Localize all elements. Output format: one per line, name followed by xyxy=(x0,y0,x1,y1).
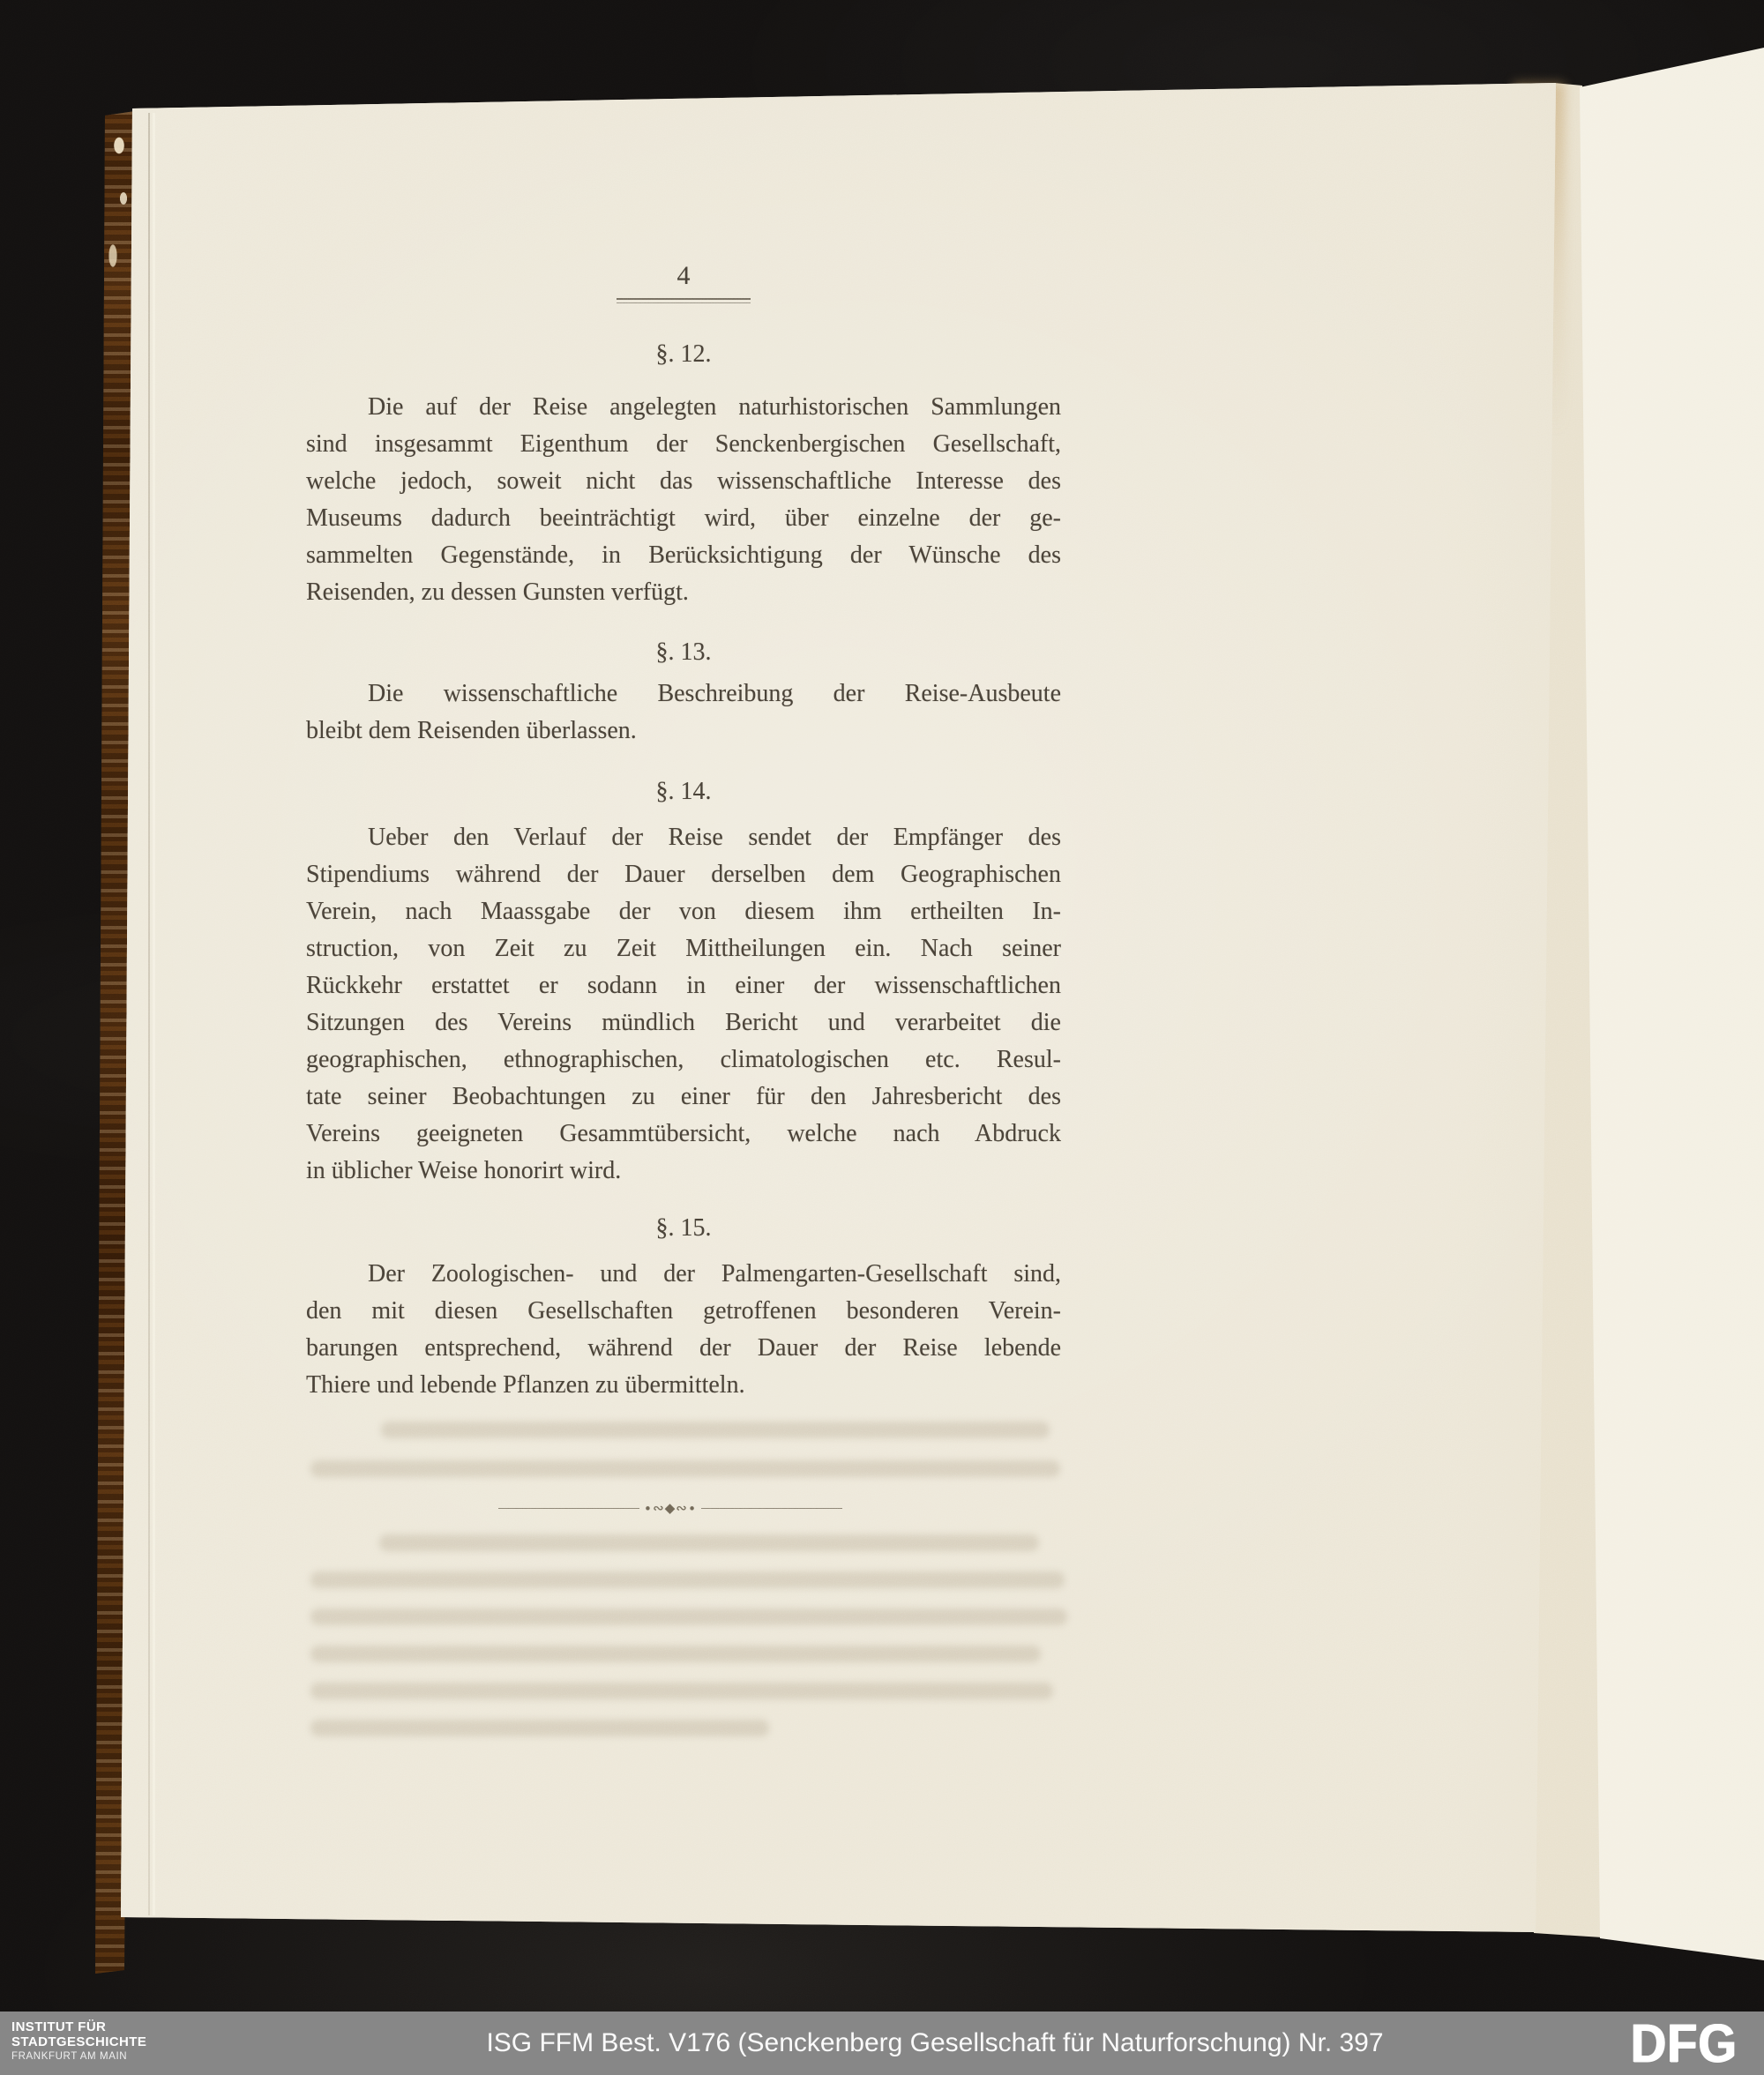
text-line: den mit diesen Gesellschaften getroffene… xyxy=(306,1293,1061,1330)
text-line: Stipendiums während der Dauer derselben … xyxy=(306,856,1061,893)
page-number-rule xyxy=(617,298,751,300)
section-heading: §. 14. xyxy=(306,773,1061,810)
text-line: Verein, nach Maassgabe der von diesem ih… xyxy=(306,893,1061,930)
text-line: struction, von Zeit zu Zeit Mittheilunge… xyxy=(306,930,1061,967)
text-line: tate seiner Beobachtungen zu einer für d… xyxy=(306,1079,1061,1116)
text-line: sind insgesammt Eigenthum der Senckenber… xyxy=(306,426,1061,463)
institute-logo: INSTITUT FÜR STADTGESCHICHTE FRANKFURT A… xyxy=(11,2019,146,2064)
text-line: Vereins geeigneten Gesammtübersicht, wel… xyxy=(306,1116,1061,1153)
text-line: Die wissenschaftliche Beschreibung der R… xyxy=(306,675,1061,713)
institute-city: FRANKFURT AM MAIN xyxy=(11,2049,146,2064)
section-heading: §. 15. xyxy=(306,1210,1061,1247)
gutter-crease-highlight xyxy=(153,113,155,1915)
text-line: Ueber den Verlauf der Reise sendet der E… xyxy=(306,819,1061,856)
institute-name-line1: INSTITUT FÜR xyxy=(11,2019,146,2034)
text-line: Die auf der Reise angelegten naturhistor… xyxy=(306,389,1061,426)
text-line: barungen entsprechend, während der Dauer… xyxy=(306,1330,1061,1367)
text-line: in üblicher Weise honorirt wird. xyxy=(306,1153,1061,1190)
text-line: geographischen, ethnographischen, climat… xyxy=(306,1041,1061,1079)
text-line: Thiere und lebende Pflanzen zu übermitte… xyxy=(306,1367,1061,1404)
book-page: 4 ∙∾◆∾∙ §. 12.Die auf der Reise angelegt… xyxy=(0,0,1764,2075)
archive-reference: ISG FFM Best. V176 (Senckenberg Gesellsc… xyxy=(486,2012,1383,2075)
section-heading: §. 13. xyxy=(306,634,1061,671)
page-number-rule xyxy=(617,302,751,303)
text-line: Der Zoologischen- und der Palmengarten-G… xyxy=(306,1256,1061,1293)
section-heading: §. 12. xyxy=(306,336,1061,373)
text-line: welche jedoch, soweit nicht das wissensc… xyxy=(306,463,1061,500)
institute-name-line2: STADTGESCHICHTE xyxy=(11,2034,146,2049)
text-line: sammelten Gegenstände, in Berücksichtigu… xyxy=(306,537,1061,574)
dfg-logo: DFG xyxy=(1631,2008,1738,2075)
page-number: 4 xyxy=(306,258,1061,294)
scanned-document-viewer: 4 ∙∾◆∾∙ §. 12.Die auf der Reise angelegt… xyxy=(0,0,1764,2075)
text-column: 4 ∙∾◆∾∙ §. 12.Die auf der Reise angelegt… xyxy=(306,0,1061,2075)
text-line: bleibt dem Reisenden überlassen. xyxy=(306,713,1061,750)
end-divider: ∙∾◆∾∙ xyxy=(498,1496,842,1520)
divider-line xyxy=(701,1508,842,1509)
divider-ornament: ∙∾◆∾∙ xyxy=(644,1502,697,1515)
text-line: Museums dadurch beeinträchtigt wird, übe… xyxy=(306,500,1061,537)
text-line: Rückkehr erstattet er sodann in einer de… xyxy=(306,967,1061,1004)
text-line: Reisenden, zu dessen Gunsten verfügt. xyxy=(306,574,1061,611)
page-number-block: 4 xyxy=(306,258,1061,303)
archive-footer-bar: INSTITUT FÜR STADTGESCHICHTE FRANKFURT A… xyxy=(0,2012,1764,2075)
text-line: Sitzungen des Vereins mündlich Bericht u… xyxy=(306,1004,1061,1041)
gutter-crease xyxy=(148,113,150,1915)
divider-line xyxy=(498,1508,639,1509)
